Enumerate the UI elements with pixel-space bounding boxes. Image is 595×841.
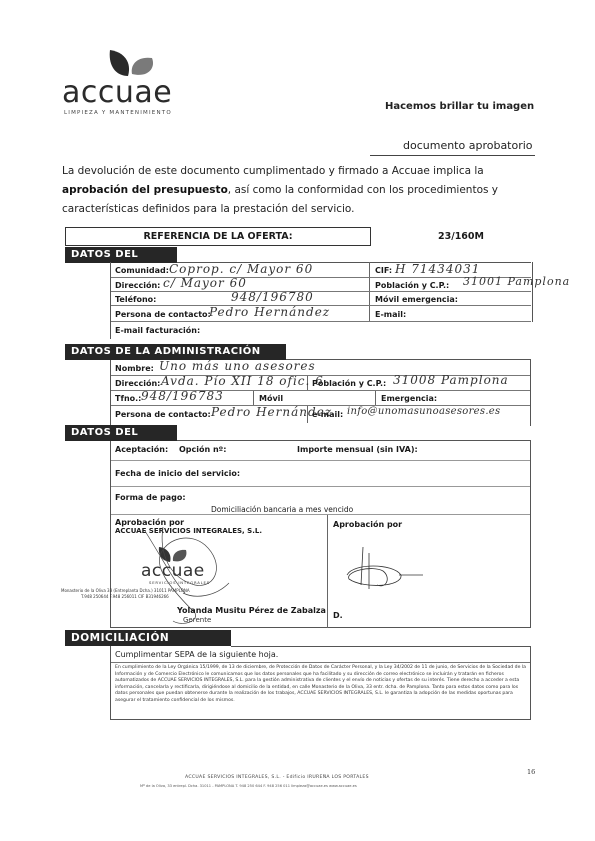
admin-direccion-value[interactable]: Avda. Pío XII 18 ofic. 6 xyxy=(161,374,324,388)
admin-row-contacto: Persona de contacto: Pedro Hernández e-m… xyxy=(111,406,530,423)
project-row-payment: Forma de pago: Domiciliación bancaria a … xyxy=(111,487,530,515)
opcion-label: Opción nº: xyxy=(179,445,226,454)
client-row-email-facturacion: E-mail facturación: xyxy=(111,322,531,338)
approval-left-role: Gerente xyxy=(183,616,211,624)
email-facturacion-label: E-mail facturación: xyxy=(115,326,200,335)
admin-nombre-value[interactable]: Uno más uno asesores xyxy=(159,359,316,373)
reference-value: 23/160M xyxy=(438,231,484,242)
page-number: 16 xyxy=(527,768,535,776)
cif-value[interactable]: H 71434031 xyxy=(395,262,480,276)
project-fields: Aceptación: Opción nº: Importe mensual (… xyxy=(110,441,531,628)
client-fields: Comunidad: Coprop. c/ Mayor 60 CIF: H 71… xyxy=(110,262,531,339)
reference-label-box: REFERENCIA DE LA OFERTA: xyxy=(65,227,371,246)
admin-tfno-value[interactable]: 948/196783 xyxy=(141,389,224,403)
document-type: documento aprobatorio xyxy=(403,139,533,152)
admin-row-tfno: Tfno.: 948/196783 Móvil Emergencia: xyxy=(111,391,530,406)
telefono-label: Teléfono: xyxy=(115,295,156,304)
legal-notice: En cumplimiento de la Ley Orgánica 15/19… xyxy=(111,663,530,706)
bank-instruction: Cumplimentar SEPA de la siguiente hoja. xyxy=(115,650,278,659)
approval-left-signer: Yolanda Musitu Pérez de Zabalza xyxy=(177,606,326,615)
section-project-header: DATOS DEL PROYECTO xyxy=(65,425,177,441)
direccion-label: Dirección: xyxy=(115,281,160,290)
contacto-label: Persona de contacto: xyxy=(115,310,211,319)
admin-direccion-label: Dirección: xyxy=(115,379,160,388)
cif-label: CIF: xyxy=(375,266,392,275)
forma-pago-label: Forma de pago: xyxy=(115,493,186,502)
footer-address: Mº de la Oliva, 33 entrepl. Dcha. 31011 … xyxy=(140,784,357,788)
fecha-inicio-label: Fecha de inicio del servicio: xyxy=(115,469,240,478)
admin-nombre-label: Nombre: xyxy=(115,364,154,373)
contacto-value[interactable]: Pedro Hernández xyxy=(209,305,330,319)
signature-right xyxy=(343,545,443,595)
admin-poblacion-value[interactable]: 31008 Pamplona xyxy=(393,373,509,387)
document-type-underline xyxy=(370,155,535,156)
importe-label: Importe mensual (sin IVA): xyxy=(297,445,418,454)
poblacion-label: Población y C.P.: xyxy=(375,281,449,290)
movil-emergencia-label: Móvil emergencia: xyxy=(375,295,458,304)
logo-tagline: LIMPIEZA Y MANTENIMIENTO xyxy=(64,110,172,116)
admin-email-value[interactable]: info@unomasunoasesores.es xyxy=(347,406,500,417)
intro-text-1: La devolución de este documento cumplime… xyxy=(62,165,484,177)
administration-fields: Nombre: Uno más uno asesores Dirección: … xyxy=(110,360,531,426)
bank-fields: Cumplimentar SEPA de la siguiente hoja. … xyxy=(110,646,531,720)
comunidad-value[interactable]: Coprop. c/ Mayor 60 xyxy=(169,262,313,276)
admin-email-label: e-mail: xyxy=(312,410,343,419)
approval-right-signer-prefix: D. xyxy=(333,611,343,620)
admin-poblacion-label: Población y C.P.: xyxy=(312,379,386,388)
client-row-contacto: Persona de contacto: Pedro Hernández E-m… xyxy=(111,306,531,322)
project-row-start-date: Fecha de inicio del servicio: xyxy=(111,461,530,487)
admin-movil-label: Móvil xyxy=(259,394,283,403)
direccion-value[interactable]: c/ Mayor 60 xyxy=(163,276,247,290)
client-row-telefono: Teléfono: 948/196780 Móvil emergencia: xyxy=(111,292,531,306)
admin-contacto-label: Persona de contacto: xyxy=(115,410,211,419)
email-label: E-mail: xyxy=(375,310,406,319)
logo-wordmark: accuae xyxy=(62,78,172,108)
section-administration-header: DATOS DE LA ADMINISTRACIÓN xyxy=(65,344,286,360)
footer-company: ACCUAE SERVICIOS INTEGRALES, S.L. - Edif… xyxy=(185,775,369,780)
company-logo: accuae LIMPIEZA Y MANTENIMIENTO xyxy=(62,48,192,118)
admin-tfno-label: Tfno.: xyxy=(115,394,141,403)
forma-pago-value: Domiciliación bancaria a mes vencido xyxy=(211,505,353,514)
section-client-header: DATOS DEL CLIENTE xyxy=(65,247,177,263)
comunidad-label: Comunidad: xyxy=(115,266,169,275)
slogan: Hacemos brillar tu imagen xyxy=(385,101,534,112)
telefono-value[interactable]: 948/196780 xyxy=(231,290,314,304)
approval-right-label: Aprobación por xyxy=(333,520,402,529)
client-row-direccion: Dirección: c/ Mayor 60 Población y C.P.:… xyxy=(111,278,531,292)
project-row-acceptance: Aceptación: Opción nº: Importe mensual (… xyxy=(111,441,530,461)
bank-instruction-row: Cumplimentar SEPA de la siguiente hoja. xyxy=(111,646,530,663)
poblacion-value[interactable]: 31001 Pamplona xyxy=(463,275,570,288)
admin-emergencia-label: Emergencia: xyxy=(381,394,437,403)
aceptacion-label: Aceptación: xyxy=(115,445,168,454)
project-approval-row: Aprobación por ACCUAE SERVICIOS INTEGRAL… xyxy=(111,515,530,628)
intro-paragraph: La devolución de este documento cumplime… xyxy=(62,162,537,219)
intro-bold: aprobación del presupuesto xyxy=(62,184,228,196)
section-bank-header: DOMICILIACIÓN BANCARIA xyxy=(65,630,231,646)
